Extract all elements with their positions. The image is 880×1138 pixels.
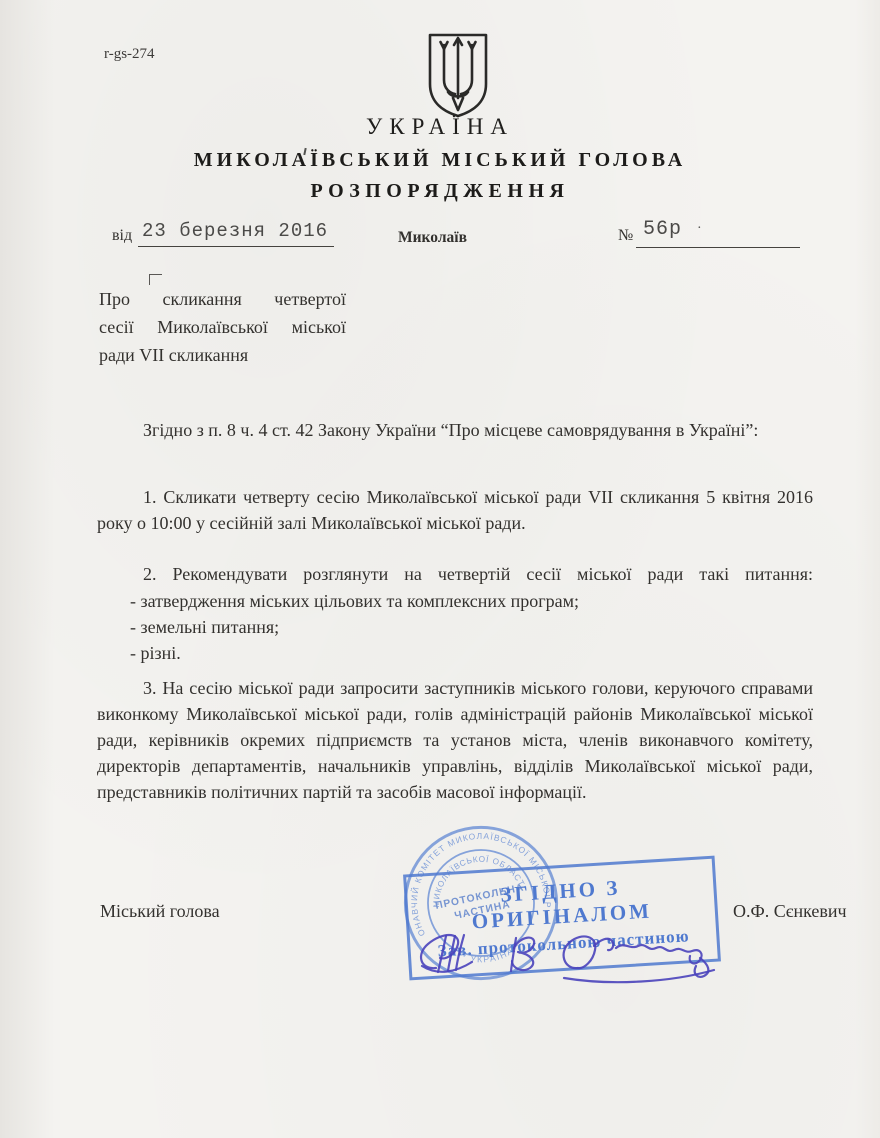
signer-name: О.Ф. Сєнкевич — [733, 901, 847, 922]
list-item: - затвердження міських цільових та компл… — [130, 588, 579, 614]
organization-title: МИКОЛАЇВСЬКИЙ МІСЬКИЙ ГОЛОВА — [0, 149, 880, 172]
document-code: r-gs-274 — [104, 46, 155, 63]
date-value: 23 березня 2016 — [142, 220, 328, 242]
paragraph-item-2: 2. Рекомендувати розглянути на четвертій… — [97, 561, 813, 587]
date-label: від — [112, 227, 132, 245]
signer-position: Міський голова — [100, 901, 220, 922]
corner-mark — [149, 274, 162, 285]
number-value: 56р — [643, 218, 682, 241]
list-item: - земельні питання; — [130, 614, 579, 640]
number-underline — [636, 247, 800, 248]
paragraph-item-1: 1. Скликати четверту сесію Миколаївської… — [97, 484, 813, 536]
number-label: № — [618, 227, 633, 245]
stamp-and-seal-group: ВИКОНАВЧИЙ КОМІТЕТ МИКОЛАЇВСЬКОЇ МІСЬКОЇ… — [388, 812, 738, 1012]
document-type-title: РОЗПОРЯДЖЕННЯ — [0, 180, 880, 203]
date-underline — [138, 246, 334, 247]
ink-dot-mark: · — [697, 221, 702, 237]
list-item: - різні. — [130, 640, 579, 666]
country-title: УКРАЇНА — [0, 114, 880, 140]
agenda-list: - затвердження міських цільових та компл… — [130, 588, 579, 666]
subject-line: сесії Миколаївської міської — [99, 313, 346, 341]
subject-block: Про скликання четвертої сесії Миколаївсь… — [99, 285, 346, 369]
paragraph-legal-basis: Згідно з п. 8 ч. 4 ст. 42 Закону України… — [97, 417, 813, 443]
issue-place: Миколаїв — [398, 229, 467, 247]
scanned-document-page: r-gs-274 УКРАЇНА МИКОЛАЇВСЬКИЙ МІСЬКИЙ Г… — [0, 0, 880, 1138]
subject-line: ради VII скликання — [99, 341, 346, 369]
paragraph-item-3: 3. На сесію міської ради запросити засту… — [97, 675, 813, 805]
ukraine-trident-icon — [424, 32, 492, 118]
subject-line: Про скликання четвертої — [99, 285, 346, 313]
handwritten-signature-icon — [402, 908, 724, 1000]
